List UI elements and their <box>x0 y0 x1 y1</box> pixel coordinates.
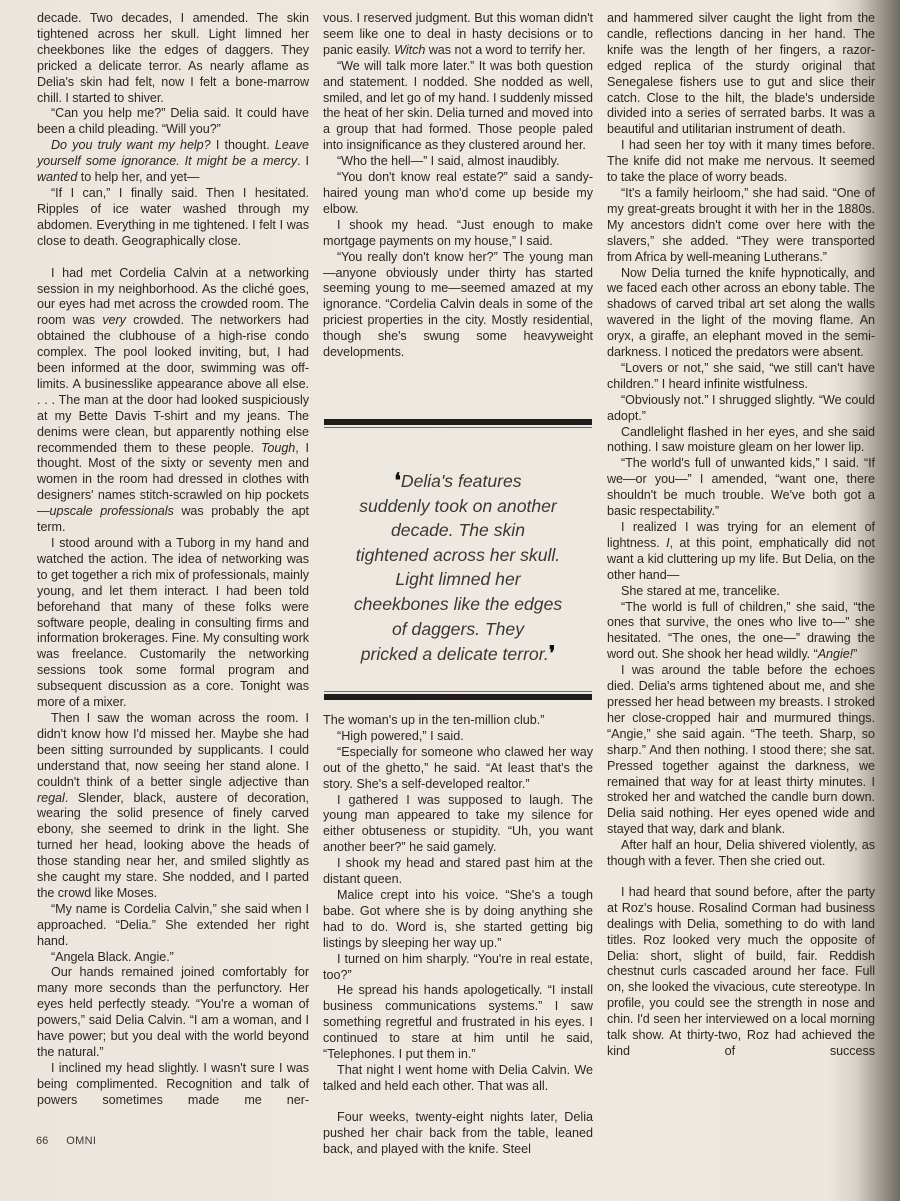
pull-quote-line: cheekbones like the edges <box>354 594 562 614</box>
pull-quote-line: suddenly took on another <box>359 496 557 516</box>
text-column-2: vous. I reserved judgment. But this woma… <box>323 11 593 361</box>
paragraph: I shook my head and stared past him at t… <box>323 856 593 888</box>
paragraph: Candlelight flashed in her eyes, and she… <box>607 425 875 457</box>
paragraph: Then I saw the woman across the room. I … <box>37 711 309 902</box>
paragraph: “Especially for someone who clawed her w… <box>323 745 593 793</box>
text-run: I thought. <box>211 138 275 152</box>
pull-quote-line: decade. The skin <box>391 520 525 540</box>
paragraph: That night I went home with Delia Calvin… <box>323 1063 593 1095</box>
paragraph: The woman's up in the ten-million club.” <box>323 713 593 729</box>
paragraph: “Angela Black. Angie.” <box>37 950 309 966</box>
text-column-2-continued: The woman's up in the ten-million club.”… <box>323 713 593 1157</box>
paragraph: “You really don't know her?” The young m… <box>323 250 593 361</box>
text-run: to help her, and yet— <box>77 170 199 184</box>
italic-text: Angie! <box>818 647 853 661</box>
italic-text: Witch <box>394 43 425 57</box>
text-run: . I <box>297 154 309 168</box>
paragraph: “It's a family heirloom,” she had said. … <box>607 186 875 266</box>
paragraph: I gathered I was supposed to laugh. The … <box>323 793 593 857</box>
paragraph: “High powered,” I said. <box>323 729 593 745</box>
pull-quote-line: tightened across her skull. <box>356 545 560 565</box>
section-opening-paragraph: I had heard that sound before, after the… <box>607 885 875 1060</box>
italic-text: Do you truly want my help? <box>51 138 211 152</box>
paragraph: Malice crept into his voice. “She's a to… <box>323 888 593 952</box>
paragraph: I stood around with a Tuborg in my hand … <box>37 536 309 711</box>
text-run: was not a word to terrify her. <box>425 43 585 57</box>
paragraph: “We will talk more later.” It was both q… <box>323 59 593 154</box>
paragraph: I shook my head. “Just enough to make mo… <box>323 218 593 250</box>
pull-quote: ❛Delia's features suddenly took on anoth… <box>330 468 586 667</box>
paragraph: Now Delia turned the knife hypnotically,… <box>607 266 875 361</box>
italic-text: very <box>102 313 126 327</box>
paragraph: After half an hour, Delia shivered viole… <box>607 838 875 870</box>
paragraph: I was around the table before the echoes… <box>607 663 875 838</box>
section-opening-paragraph: I had met Cordelia Calvin at a networkin… <box>37 266 309 536</box>
paragraph: and hammered silver caught the light fro… <box>607 11 875 138</box>
section-opening-paragraph: Four weeks, twenty-eight nights later, D… <box>323 1110 593 1158</box>
magazine-page: decade. Two decades, I amended. The skin… <box>0 0 900 1201</box>
pull-quote-top-rule-thick <box>324 419 592 425</box>
paragraph: “My name is Cordelia Calvin,” she said w… <box>37 902 309 950</box>
text-run: ” <box>853 647 857 661</box>
paragraph: He spread his hands apologetically. “I i… <box>323 983 593 1063</box>
italic-text: Tough <box>261 441 295 455</box>
paragraph: “Obviously not.” I shrugged slightly. “W… <box>607 393 875 425</box>
page-number: 66 <box>36 1135 48 1147</box>
paragraph: “If I can,” I finally said. Then I hesit… <box>37 186 309 250</box>
italic-text: wanted <box>37 170 77 184</box>
text-column-3: and hammered silver caught the light fro… <box>607 11 875 1060</box>
paragraph: I inclined my head slightly. I wasn't su… <box>37 1061 309 1109</box>
paragraph: “Can you help me?” Delia said. It could … <box>37 106 309 138</box>
paragraph: “The world's full of unwanted kids,” I s… <box>607 456 875 520</box>
pull-quote-bottom-rule-thin <box>324 691 592 692</box>
paragraph: “Lovers or not,” she said, “we still can… <box>607 361 875 393</box>
italic-text: regal <box>37 791 65 805</box>
pull-quote-line: of daggers. They <box>392 619 524 639</box>
pull-quote-bottom-rule-thick <box>324 694 592 700</box>
text-run: Then I saw the woman across the room. I … <box>37 711 309 789</box>
paragraph: decade. Two decades, I amended. The skin… <box>37 11 309 106</box>
text-run: . Slender, black, austere of decoration,… <box>37 791 309 900</box>
close-quote-mark-icon: ❜ <box>549 641 555 665</box>
paragraph: “The world is full of children,” she sai… <box>607 600 875 664</box>
magazine-name: OMNI <box>66 1135 96 1147</box>
paragraph: Do you truly want my help? I thought. Le… <box>37 138 309 186</box>
paragraph: I turned on him sharply. “You're in real… <box>323 952 593 984</box>
text-run: crowded. The networkers had obtained the… <box>37 313 309 454</box>
text-column-1: decade. Two decades, I amended. The skin… <box>37 11 309 1109</box>
paragraph: I had seen her toy with it many times be… <box>607 138 875 186</box>
page-folio: 66OMNI <box>36 1135 114 1147</box>
pull-quote-line: Delia's features <box>401 471 522 491</box>
italic-text: upscale professionals <box>50 504 174 518</box>
pull-quote-line: Light limned her <box>395 569 520 589</box>
paragraph: vous. I reserved judgment. But this woma… <box>323 11 593 59</box>
paragraph: She stared at me, trancelike. <box>607 584 875 600</box>
pull-quote-top-rule-thin <box>324 427 592 428</box>
pull-quote-line: pricked a delicate terror. <box>361 644 549 664</box>
paragraph: “You don't know real estate?” said a san… <box>323 170 593 218</box>
paragraph: I realized I was trying for an element o… <box>607 520 875 584</box>
paragraph: Our hands remained joined comfortably fo… <box>37 965 309 1060</box>
paragraph: “Who the hell—” I said, almost inaudibly… <box>323 154 593 170</box>
